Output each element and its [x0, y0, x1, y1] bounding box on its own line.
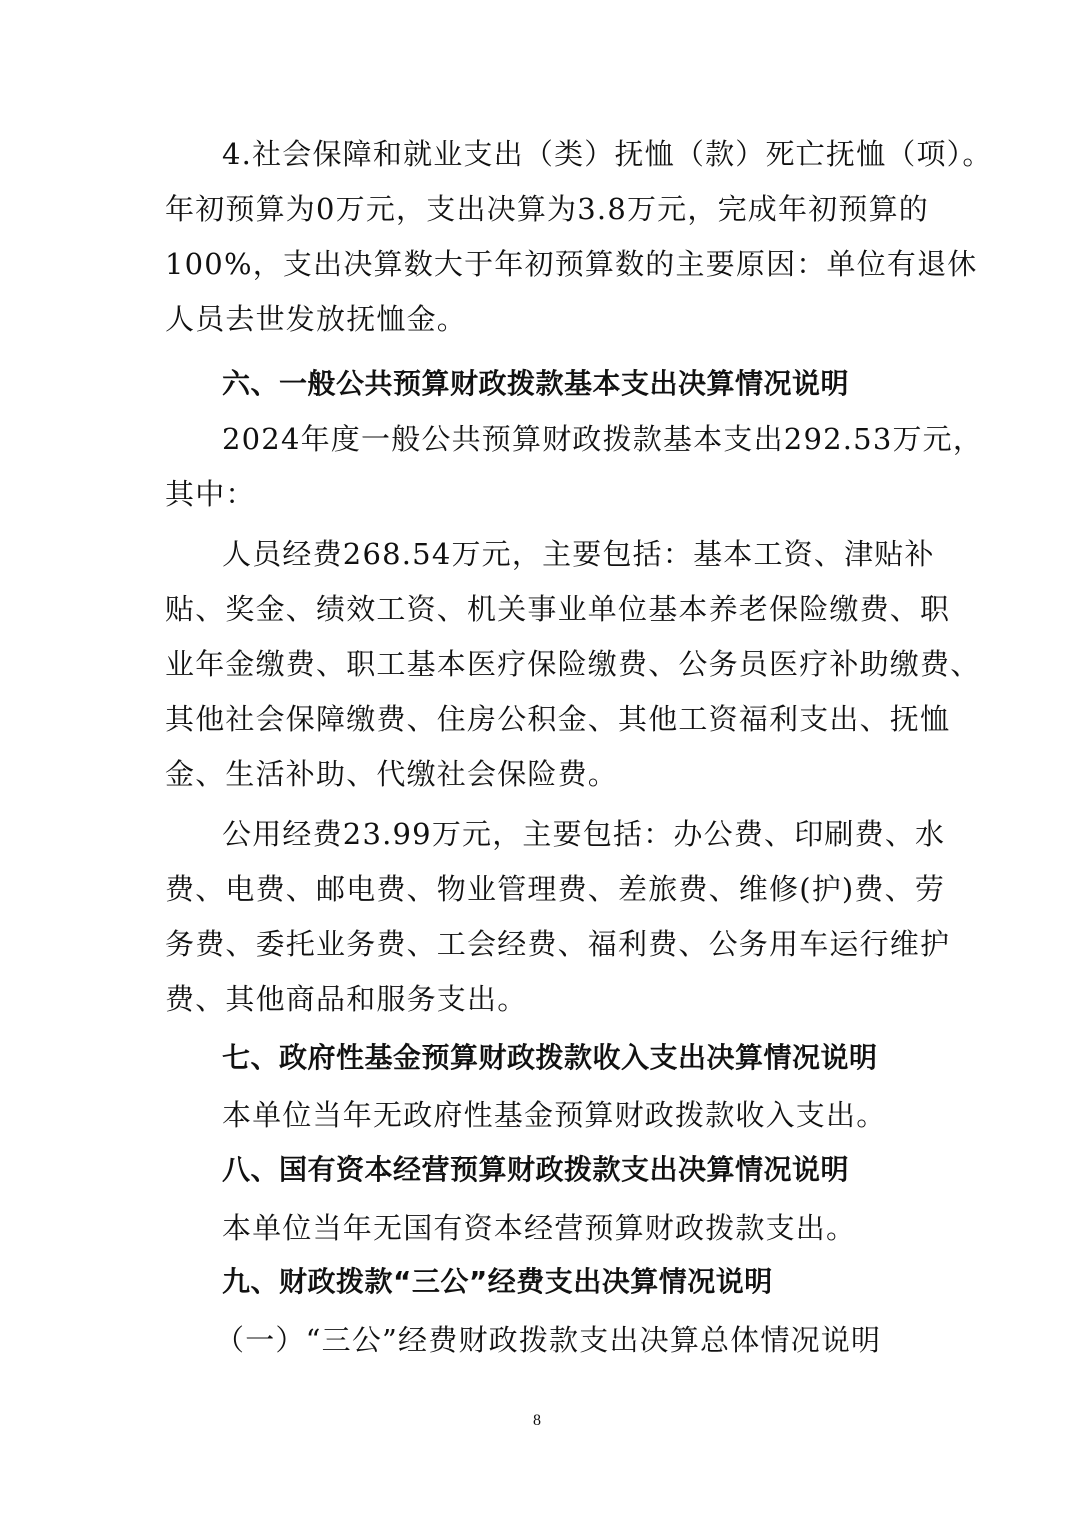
paragraph-line: 100%，支出决算数大于年初预算数的主要原因：单位有退休: [165, 244, 915, 284]
paragraph-line: 其他社会保障缴费、住房公积金、其他工资福利支出、抚恤: [165, 699, 915, 739]
paragraph-line: 本单位当年无政府性基金预算财政拨款收入支出。: [222, 1095, 972, 1135]
document-page: 4.社会保障和就业支出（类）抚恤（款）死亡抚恤（项）。 年初预算为0万元，支出决…: [0, 0, 1074, 1520]
paragraph-line: 人员经费268.54万元，主要包括：基本工资、津贴补: [222, 534, 972, 574]
paragraph-line: 业年金缴费、职工基本医疗保险缴费、公务员医疗补助缴费、: [165, 644, 915, 684]
paragraph-line: 本单位当年无国有资本经营预算财政拨款支出。: [222, 1208, 972, 1248]
paragraph-line: 费、其他商品和服务支出。: [165, 979, 915, 1019]
section-heading-9: 九、财政拨款“三公”经费支出决算情况说明: [222, 1262, 972, 1302]
paragraph-line: 公用经费23.99万元，主要包括：办公费、印刷费、水: [222, 814, 972, 854]
section-heading-6: 六、一般公共预算财政拨款基本支出决算情况说明: [222, 364, 972, 404]
paragraph-line: 年初预算为0万元，支出决算为3.8万元，完成年初预算的: [165, 189, 915, 229]
section-heading-7: 七、政府性基金预算财政拨款收入支出决算情况说明: [222, 1038, 972, 1078]
paragraph-line: 4.社会保障和就业支出（类）抚恤（款）死亡抚恤（项）。: [222, 134, 972, 174]
paragraph-line: 务费、委托业务费、工会经费、福利费、公务用车运行维护: [165, 924, 915, 964]
paragraph-line: 费、电费、邮电费、物业管理费、差旅费、维修(护)费、劳: [165, 869, 915, 909]
paragraph-line: 贴、奖金、绩效工资、机关事业单位基本养老保险缴费、职: [165, 589, 915, 629]
paragraph-line: 2024年度一般公共预算财政拨款基本支出292.53万元，: [222, 419, 972, 459]
paragraph-line: 人员去世发放抚恤金。: [165, 299, 915, 339]
subsection-heading: （一）“三公”经费财政拨款支出决算总体情况说明: [215, 1320, 965, 1360]
paragraph-line: 金、生活补助、代缴社会保险费。: [165, 754, 915, 794]
paragraph-line: 其中：: [165, 474, 915, 514]
page-number: 8: [0, 1412, 1074, 1430]
section-heading-8: 八、国有资本经营预算财政拨款支出决算情况说明: [222, 1150, 972, 1190]
